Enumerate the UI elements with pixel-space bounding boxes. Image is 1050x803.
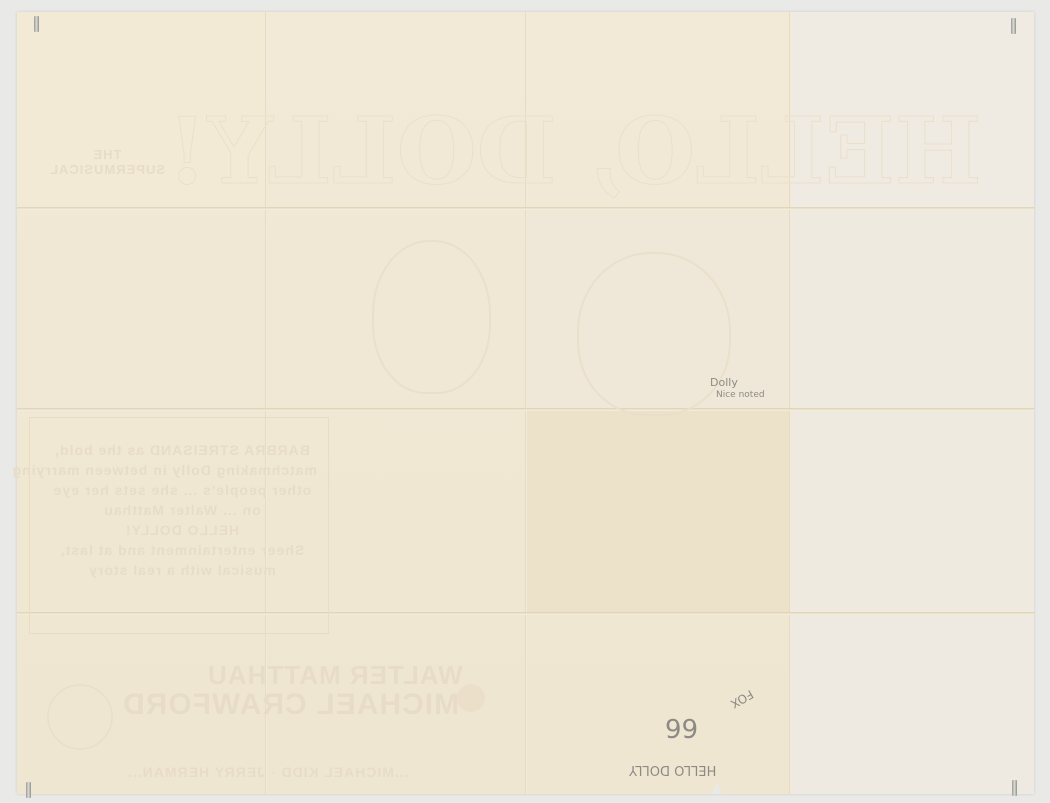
pin-top-right [1011,18,1016,34]
synopsis-line: HELLO DOLLY! [47,522,317,538]
bottom-edge-tear [712,782,722,794]
show-through-cast-2: MICHAEL CRAWFORD [122,688,459,722]
synopsis-line: BARBRA STREISAND as the bold, [47,442,317,458]
panel-tint-right-bottom [791,615,1034,794]
panel-tint-mid-right [791,210,1034,410]
show-through-tagline: THE SUPERMUSICAL [37,147,177,177]
show-through-rating-circle [47,684,113,750]
panel-tint-right-lower [791,410,1034,615]
show-through-circle-right [457,684,485,712]
fold-line-horizontal-1 [17,207,1034,210]
fold-line-horizontal-2 [17,408,1034,411]
pencil-studio: FOX [728,687,756,711]
folded-poster: HELLO, DOLLY! THE SUPERMUSICAL BARBRA ST… [17,12,1034,794]
synopsis-line: other people's ... she sets her eye [47,482,317,498]
pencil-title: HELLO DOLLY [629,762,716,777]
pin-bottom-right [1012,780,1017,796]
show-through-cast-1: WALTER MATTHAU [207,660,463,691]
show-through-face-left [372,240,491,394]
synopsis-line: on ... Walter Matthau [47,502,317,518]
show-through-title: HELLO, DOLLY! [167,97,982,205]
panel-tint-center [525,410,791,615]
show-through-face-right [577,252,731,416]
show-through-synopsis: BARBRA STREISAND as the bold, matchmakin… [47,442,317,578]
synopsis-line: musical with a real story [47,562,317,578]
pencil-number: 66 [665,712,698,742]
synopsis-line: matchmaking Dolly in between marrying [47,462,317,478]
show-through-credits: ...MICHAEL KIDD · JERRY HERMAN... [127,764,409,780]
pin-bottom-left [26,782,31,798]
synopsis-line: Sheer entertainment and at last, [47,542,317,558]
pin-top-left [34,16,39,32]
pencil-note-dolly: Dolly Nice noted [710,377,765,401]
